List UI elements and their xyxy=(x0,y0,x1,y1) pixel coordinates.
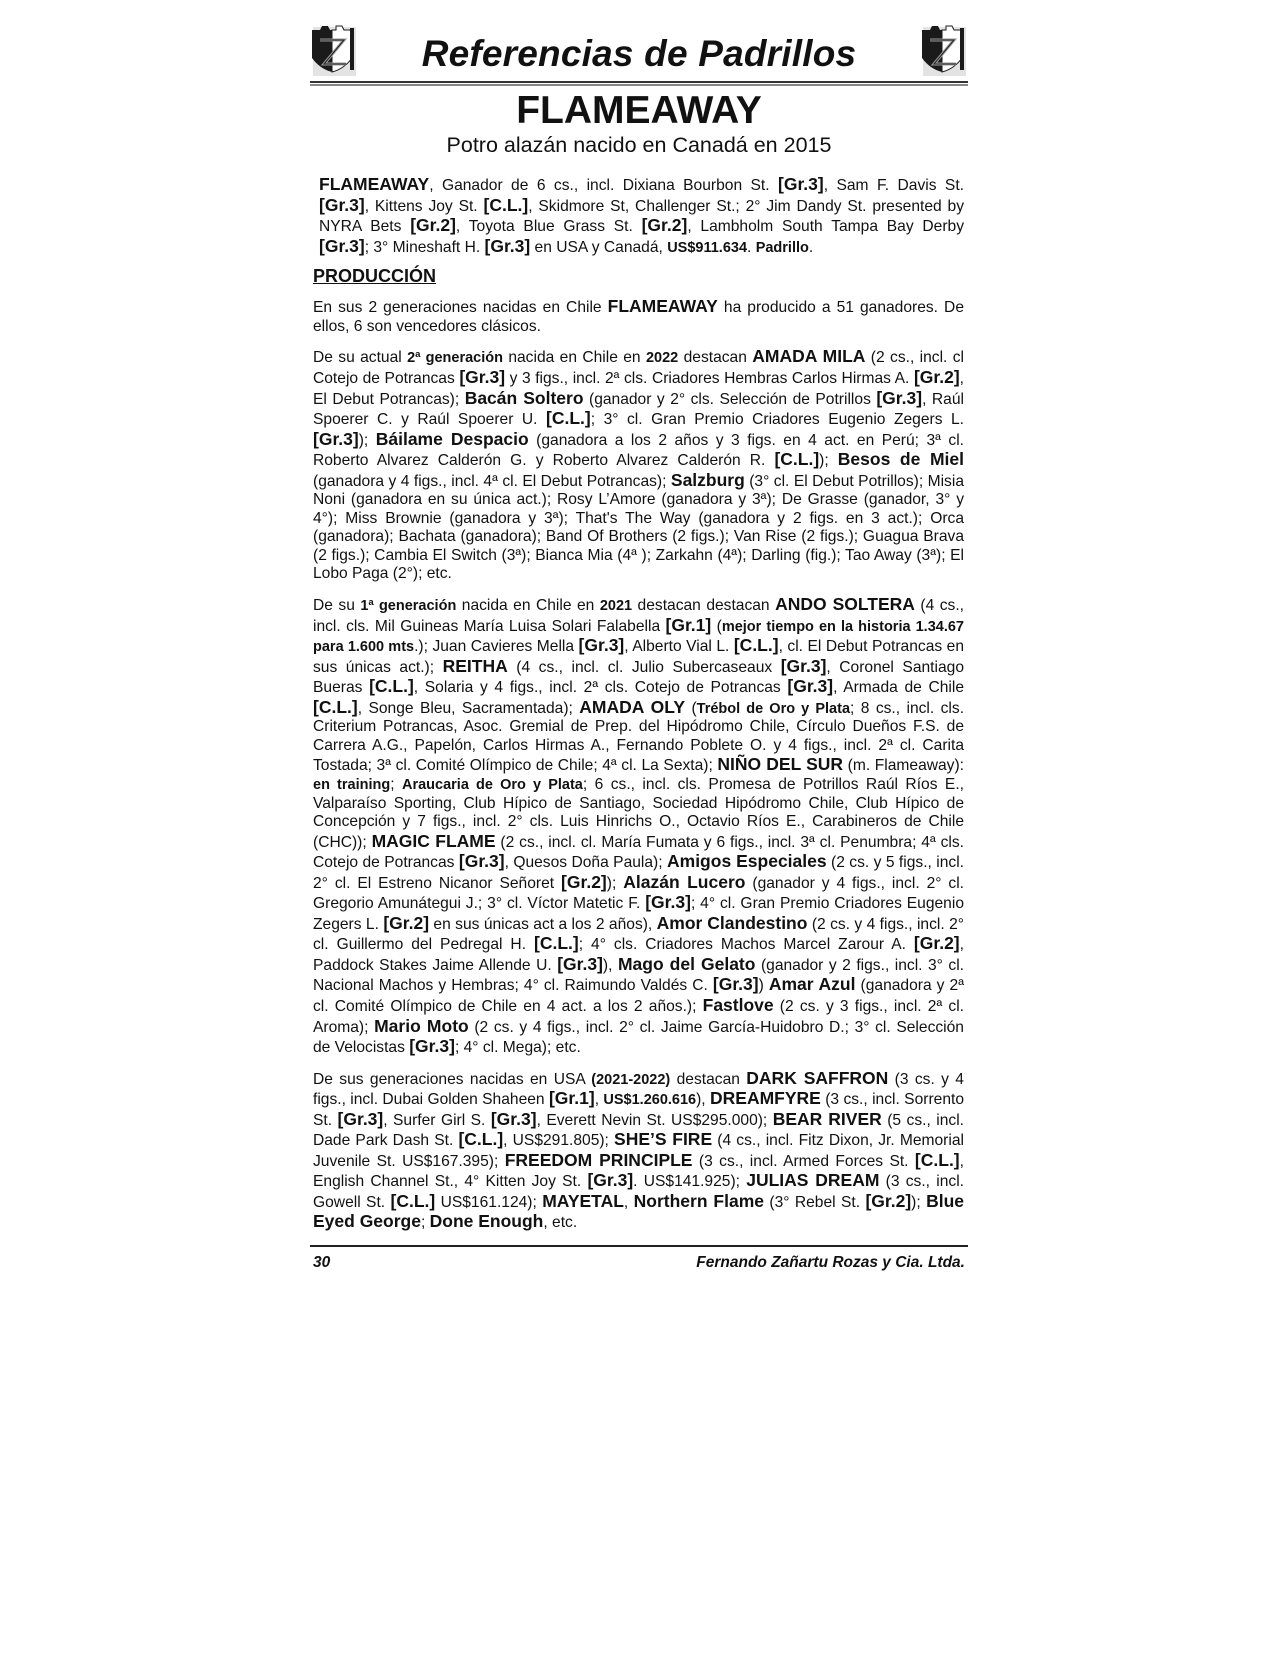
text-run: , Toyota Blue Grass St. xyxy=(456,218,642,235)
text-run: , Alberto Vial L. xyxy=(624,638,734,655)
emphasized-text: JULIAS DREAM xyxy=(746,1170,879,1190)
emphasized-text: [C.L.] xyxy=(534,933,579,953)
emphasized-text: Salzburg xyxy=(671,470,745,490)
text-run: , Lambholm South Tampa Bay Derby xyxy=(687,218,964,235)
emphasized-text: [Gr.2] xyxy=(410,215,456,235)
text-run: ; 4° cl. Mega); etc. xyxy=(455,1039,581,1056)
bold-text: Padrillo xyxy=(756,240,809,256)
emphasized-text: [Gr.1] xyxy=(666,615,712,635)
emphasized-text: [Gr.2] xyxy=(561,872,607,892)
text-run: (ganadora y 4 figs., incl. 4ª cl. El Deb… xyxy=(313,473,671,490)
publisher-name: Fernando Zañartu Rozas y Cia. Ltda. xyxy=(696,1254,965,1272)
emphasized-text: [C.L.] xyxy=(484,195,529,215)
horse-summary: FLAMEAWAY, Ganador de 6 cs., incl. Dixia… xyxy=(319,175,964,257)
text-run: nacida en Chile en xyxy=(456,597,600,614)
text-run: destacan destacan xyxy=(632,597,775,614)
text-run: (3° Rebel St. xyxy=(764,1194,865,1211)
footer-divider xyxy=(310,1245,968,1247)
emphasized-text: [Gr.3] xyxy=(876,388,922,408)
text-run: (ganador y 2° cls. Selección de Potrillo… xyxy=(584,391,877,408)
horse-subtitle: Potro alazán nacido en Canadá en 2015 xyxy=(310,132,968,158)
emphasized-text: Northern Flame xyxy=(634,1191,764,1211)
emphasized-text: [Gr.3] xyxy=(338,1109,384,1129)
text-run: ; 3° cl. Gran Premio Criadores Eugenio Z… xyxy=(591,411,964,428)
text-run: ( xyxy=(685,700,697,717)
text-run: ); xyxy=(607,875,623,892)
emphasized-text: BEAR RIVER xyxy=(773,1109,882,1129)
bold-text: Trébol de Oro y Plata xyxy=(697,701,850,717)
emphasized-text: [Gr.2] xyxy=(914,933,960,953)
bold-text: 2ª generación xyxy=(407,350,503,366)
bold-text: 2021 xyxy=(600,598,632,614)
emphasized-text: [C.L.] xyxy=(774,449,819,469)
emphasized-text: [Gr.2] xyxy=(865,1191,911,1211)
emphasized-text: [Gr.3] xyxy=(459,851,505,871)
emphasized-text: Done Enough xyxy=(430,1211,544,1231)
text-run: , Songe Bleu, Sacramentada); xyxy=(358,700,580,717)
bold-text: 2022 xyxy=(646,350,678,366)
emphasized-text: AMADA MILA xyxy=(752,346,865,366)
text-run: US$161.124); xyxy=(435,1194,542,1211)
emphasized-text: FLAMEAWAY xyxy=(319,174,429,194)
emphasized-text: Mario Moto xyxy=(374,1016,469,1036)
emphasized-text: [C.L.] xyxy=(458,1129,503,1149)
emphasized-text: Fastlove xyxy=(703,995,774,1015)
emphasized-text: [Gr.3] xyxy=(778,174,824,194)
text-run: , Quesos Doña Paula); xyxy=(505,854,667,871)
text-run: , US$291.805); xyxy=(503,1132,614,1149)
text-run: ); xyxy=(359,432,376,449)
usa-generations-paragraph: De sus generaciones nacidas en USA (2021… xyxy=(313,1069,964,1233)
text-run: , Surfer Girl S. xyxy=(383,1112,491,1129)
emphasized-text: [Gr.1] xyxy=(549,1088,595,1108)
text-run: nacida en Chile en xyxy=(503,349,646,366)
text-run: y 3 figs., incl. 2ª cls. Criadores Hembr… xyxy=(505,370,914,387)
bold-text: (2021-2022) xyxy=(591,1072,670,1088)
text-run: De su xyxy=(313,597,360,614)
production-summary: En sus 2 generaciones nacidas en Chile F… xyxy=(313,297,964,336)
emphasized-text: DARK SAFFRON xyxy=(746,1068,888,1088)
emphasized-text: REITHA xyxy=(443,656,508,676)
bold-text: Araucaria de Oro y Plata xyxy=(402,777,583,793)
bold-text: US$911.634 xyxy=(667,240,747,256)
text-run: En sus 2 generaciones nacidas en Chile xyxy=(313,299,608,316)
text-run: . xyxy=(747,239,756,256)
emphasized-text: [Gr.3] xyxy=(645,892,691,912)
emphasized-text: [Gr.2] xyxy=(383,913,429,933)
text-run: (4 cs., incl. cl. Julio Subercaseaux xyxy=(508,659,781,676)
horse-name: FLAMEAWAY xyxy=(310,90,968,132)
bold-text: en training xyxy=(313,777,390,793)
emphasized-text: [Gr.2] xyxy=(642,215,688,235)
text-run: en USA y Canadá, xyxy=(530,239,667,256)
emphasized-text: SHE’S FIRE xyxy=(614,1129,712,1149)
emphasized-text: [C.L.] xyxy=(313,697,358,717)
emphasized-text: [Gr.3] xyxy=(485,236,531,256)
text-run: , Ganador de 6 cs., incl. Dixiana Bourbo… xyxy=(429,177,778,194)
text-run: , Sam F. Davis St. xyxy=(824,177,964,194)
text-run: , etc. xyxy=(543,1214,577,1231)
emphasized-text: Báilame Despacio xyxy=(376,429,529,449)
emphasized-text: [Gr.3] xyxy=(409,1036,455,1056)
emphasized-text: [Gr.3] xyxy=(713,974,759,994)
text-run: ; xyxy=(421,1214,430,1231)
text-run: ); xyxy=(819,452,838,469)
text-run: , xyxy=(624,1194,634,1211)
page-header: Referencias de Padrillos xyxy=(310,0,968,88)
emphasized-text: Alazán Lucero xyxy=(623,872,745,892)
emphasized-text: Bacán Soltero xyxy=(465,388,584,408)
text-run: , Everett Nevin St. US$295.000); xyxy=(537,1112,773,1129)
page-footer: 30 Fernando Zañartu Rozas y Cia. Ltda. xyxy=(313,1254,965,1272)
bold-text: 1ª generación xyxy=(360,598,456,614)
text-run: De su actual xyxy=(313,349,407,366)
emphasized-text: [Gr.3] xyxy=(459,367,505,387)
emphasized-text: [Gr.3] xyxy=(319,195,365,215)
emphasized-text: [Gr.2] xyxy=(914,367,960,387)
text-run: (3 cs., incl. Armed Forces St. xyxy=(692,1153,914,1170)
emphasized-text: [C.L.] xyxy=(915,1150,960,1170)
text-run: . xyxy=(809,239,813,256)
header-divider xyxy=(310,81,968,83)
emphasized-text: NIÑO DEL SUR xyxy=(717,754,843,774)
emphasized-text: [Gr.3] xyxy=(313,429,359,449)
emphasized-text: Besos de Miel xyxy=(838,449,964,469)
emphasized-text: [C.L.] xyxy=(369,676,414,696)
text-run: De sus generaciones nacidas en USA xyxy=(313,1071,591,1088)
emphasized-text: ANDO SOLTERA xyxy=(775,594,915,614)
document-page: Referencias de Padrillos FLAMEAWAY Potro… xyxy=(310,0,968,1233)
section-heading-produccion: PRODUCCIÓN xyxy=(313,265,968,287)
shield-z-logo-icon xyxy=(920,24,966,76)
text-run: ) xyxy=(759,977,769,994)
text-run: , Armada de Chile xyxy=(833,679,964,696)
text-run: ), xyxy=(696,1091,710,1108)
text-run: (m. Flameaway): xyxy=(843,757,964,774)
emphasized-text: [Gr.3] xyxy=(579,635,625,655)
header-title: Referencias de Padrillos xyxy=(310,33,968,75)
text-run: , Kittens Joy St. xyxy=(365,198,484,215)
emphasized-text: MAGIC FLAME xyxy=(372,831,496,851)
emphasized-text: Amor Clandestino xyxy=(657,913,808,933)
text-run: . US$141.925); xyxy=(633,1173,746,1190)
page-number: 30 xyxy=(313,1254,330,1272)
emphasized-text: Mago del Gelato xyxy=(618,954,756,974)
emphasized-text: Amar Azul xyxy=(769,974,856,994)
emphasized-text: AMADA OLY xyxy=(579,697,685,717)
first-generation-paragraph: De su 1ª generación nacida en Chile en 2… xyxy=(313,595,964,1058)
text-run: destacan xyxy=(678,349,752,366)
emphasized-text: [Gr.3] xyxy=(319,236,365,256)
emphasized-text: MAYETAL xyxy=(542,1191,624,1211)
emphasized-text: FREEDOM PRINCIPLE xyxy=(505,1150,693,1170)
text-run: ); xyxy=(911,1194,926,1211)
emphasized-text: [Gr.3] xyxy=(787,676,833,696)
emphasized-text: [C.L.] xyxy=(391,1191,436,1211)
text-run: ; 4° cls. Criadores Machos Marcel Zarour… xyxy=(579,936,914,953)
emphasized-text: Amigos Especiales xyxy=(667,851,827,871)
emphasized-text: [C.L.] xyxy=(734,635,779,655)
emphasized-text: [Gr.3] xyxy=(491,1109,537,1129)
text-run: ; xyxy=(390,776,402,793)
text-run: destacan xyxy=(670,1071,746,1088)
emphasized-text: DREAMFYRE xyxy=(710,1088,821,1108)
text-run: ( xyxy=(711,618,722,635)
emphasized-text: [Gr.3] xyxy=(557,954,603,974)
text-run: .); Juan Cavieres Mella xyxy=(414,638,578,655)
emphasized-text: [C.L.] xyxy=(546,408,591,428)
text-run: ), xyxy=(603,957,618,974)
emphasized-text: [Gr.3] xyxy=(587,1170,633,1190)
text-run: , Solaria y 4 figs., incl. 2ª cls. Cotej… xyxy=(414,679,788,696)
emphasized-text: FLAMEAWAY xyxy=(608,296,718,316)
text-run: ; 3° Mineshaft H. xyxy=(365,239,485,256)
emphasized-text: [Gr.3] xyxy=(781,656,827,676)
second-generation-paragraph: De su actual 2ª generación nacida en Chi… xyxy=(313,347,964,584)
text-run: en sus únicas act a los 2 años), xyxy=(429,916,657,933)
bold-text: US$1.260.616 xyxy=(603,1092,696,1108)
